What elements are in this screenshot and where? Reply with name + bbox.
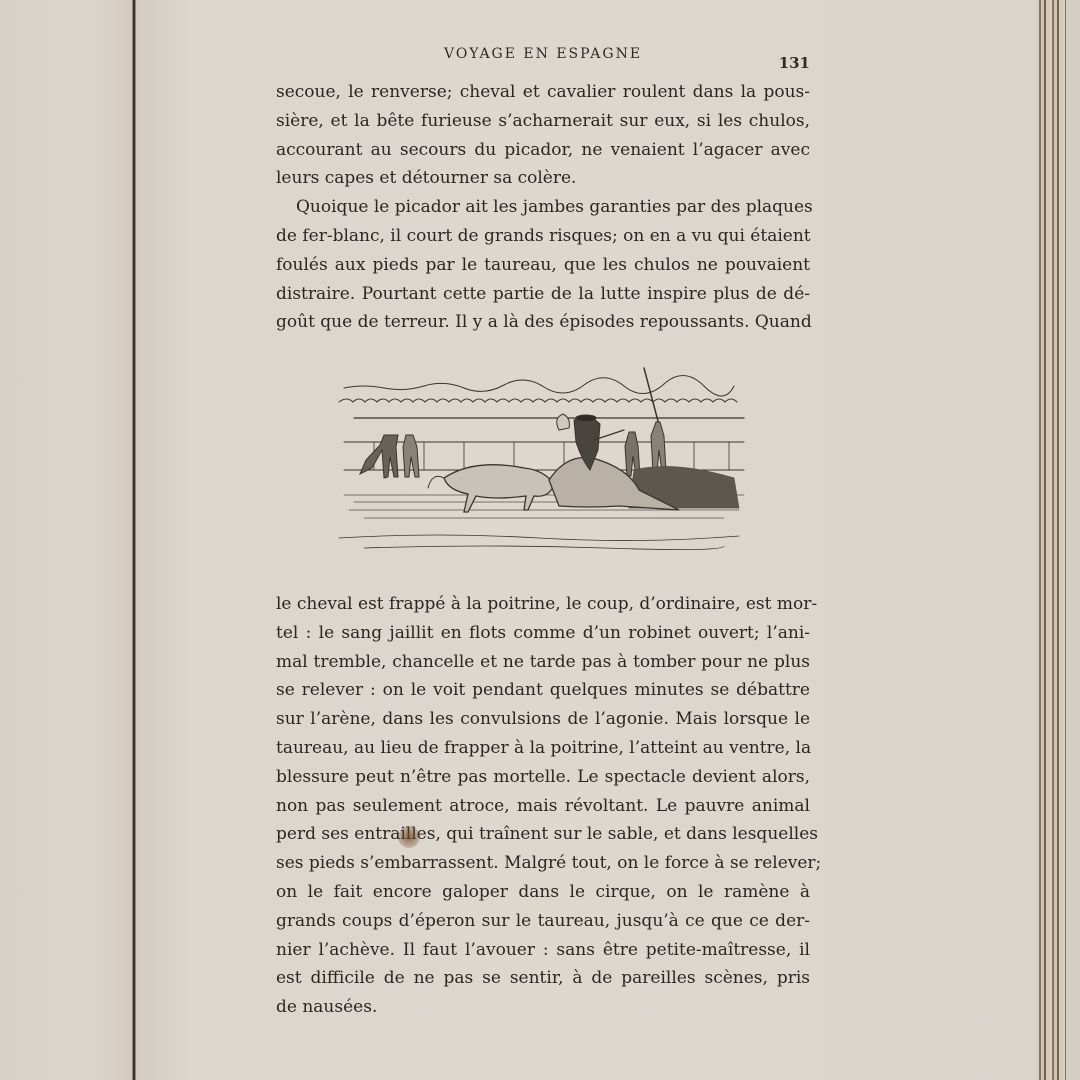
text-line: blessure peut n’être pas mortelle. Le sp… bbox=[276, 763, 810, 792]
text-line: accourant au secours du picador, ne vena… bbox=[276, 136, 810, 165]
text-line: ses pieds s’embarrassent. Malgré tout, o… bbox=[276, 849, 810, 878]
text-line: tel : le sang jaillit en flots comme d’u… bbox=[276, 619, 810, 648]
text-line: distraire. Pourtant cette partie de la l… bbox=[276, 280, 810, 309]
text-line: de nausées. bbox=[276, 993, 810, 1022]
text-line: est difficile de ne pas se sentir, à de … bbox=[276, 964, 810, 993]
text-line: foulés aux pieds par le taureau, que les… bbox=[276, 251, 810, 280]
text-line: perd ses entrailles, qui traînent sur le… bbox=[276, 820, 810, 849]
text-line: mal tremble, chancelle et ne tarde pas à… bbox=[276, 648, 810, 677]
page-edges bbox=[1036, 0, 1066, 1080]
text-line: se relever : on le voit pendant quelques… bbox=[276, 676, 810, 705]
body-text-top: secoue, le renverse; cheval et cavalier … bbox=[276, 78, 810, 337]
text-line: Quoique le picador ait les jambes garant… bbox=[276, 193, 810, 222]
text-line: sière, et la bête furieuse s’acharnerait… bbox=[276, 107, 810, 136]
left-page bbox=[0, 0, 137, 1080]
text-line: le cheval est frappé à la poitrine, le c… bbox=[276, 590, 810, 619]
text-line: grands coups d’éperon sur le taureau, ju… bbox=[276, 907, 810, 936]
body-text-bottom: le cheval est frappé à la poitrine, le c… bbox=[276, 590, 810, 1022]
book-gutter bbox=[132, 0, 136, 1080]
text-line: goût que de terreur. Il y a là des épiso… bbox=[276, 308, 810, 337]
text-line: on le fait encore galoper dans le cirque… bbox=[276, 878, 810, 907]
text-line: sur l’arène, dans les convulsions de l’a… bbox=[276, 705, 810, 734]
text-line: de fer-blanc, il court de grands risques… bbox=[276, 222, 810, 251]
page-number: 131 bbox=[779, 54, 810, 72]
text-line: non pas seulement atroce, mais révoltant… bbox=[276, 792, 810, 821]
text-line: taureau, au lieu de frapper à la poitrin… bbox=[276, 734, 810, 763]
text-line: leurs capes et détourner sa colère. bbox=[276, 164, 810, 193]
text-line: nier l’achève. Il faut l’avouer : sans ê… bbox=[276, 936, 810, 965]
text-line: secoue, le renverse; cheval et cavalier … bbox=[276, 78, 810, 107]
bullfight-engraving bbox=[334, 360, 758, 555]
running-title: VOYAGE EN ESPAGNE bbox=[276, 46, 810, 62]
page-header: VOYAGE EN ESPAGNE 131 bbox=[276, 46, 810, 70]
background-strip bbox=[1066, 0, 1080, 1080]
foxing-stain bbox=[398, 826, 420, 848]
